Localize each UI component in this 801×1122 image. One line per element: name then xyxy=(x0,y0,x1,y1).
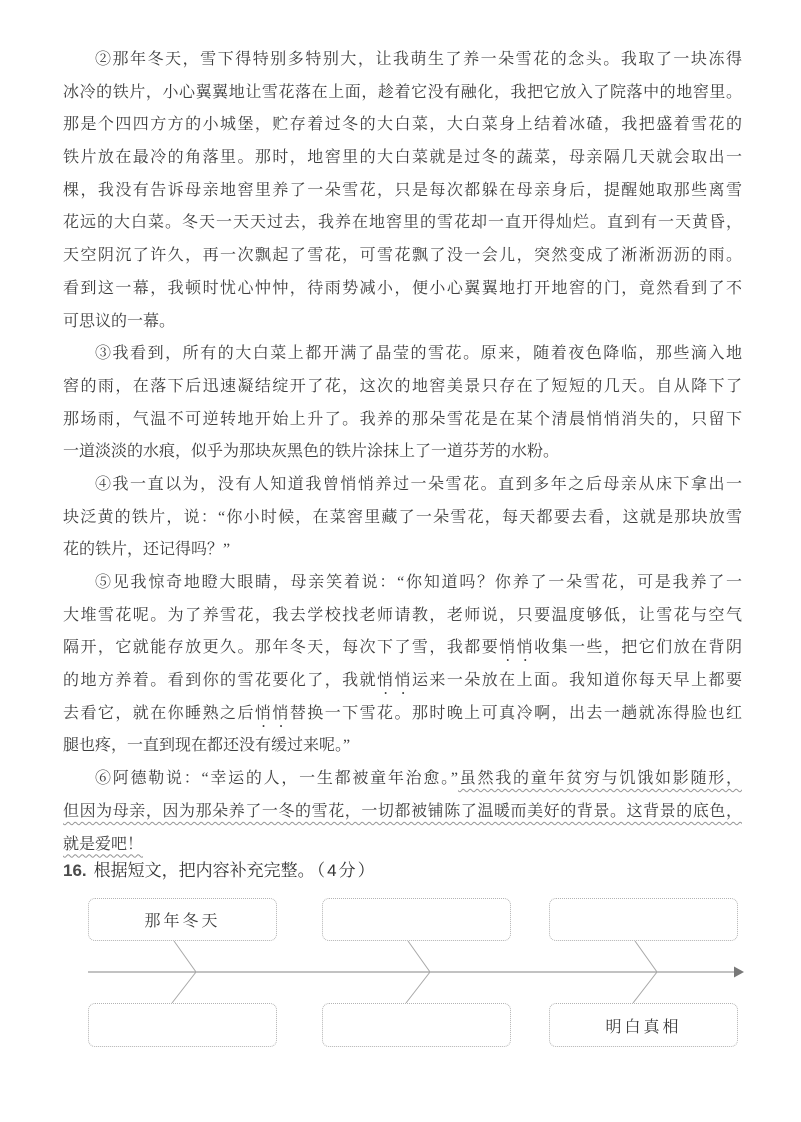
passage-line: 大堆雪花呢。为了养雪花，我去学校找老师请教，老师说，只要温度够低，让雪花与空气 xyxy=(63,600,742,633)
passage-line: ②那年冬天，雪下得特别多特别大，让我萌生了养一朵雪花的念头。我取了一块冻得 xyxy=(63,44,742,77)
passage-text: 去看它，就在你睡熟之后 xyxy=(63,705,255,722)
passage-line: 一道淡淡的水痕，似乎为那块灰黑色的铁片涂抹上了一道芬芳的水粉。 xyxy=(63,436,742,469)
question-text: 根据短文，把内容补充完整。 xyxy=(94,861,315,880)
passage-line: 窖的雨，在落下后迅速凝结绽开了花，这次的地窖美景只存在了短短的几天。自从降下了 xyxy=(63,371,742,404)
passage-text: 看到这一幕，我顿时忧心忡忡，待雨势减小，便小心翼翼地打开地窖的门，竟然看到了不 xyxy=(63,280,742,297)
question-score: （4分） xyxy=(317,861,377,880)
passage-line: 但因为母亲，因为那朵养了一冬的雪花，一切都被铺陈了温暖而美好的背景。这背景的底色… xyxy=(63,796,742,829)
passage-text: 可思议的一幕。 xyxy=(63,313,175,330)
passage-text: 窖的雨，在落下后迅速凝结绽开了花，这次的地窖美景只存在了短短的几天。自从降下了 xyxy=(63,378,742,395)
question-16: 16.根据短文，把内容补充完整。（4分） xyxy=(63,858,742,884)
underlined-text: 就是爱吧！ xyxy=(63,836,143,853)
passage-text: 那场雨，气温不可逆转地开始上升了。我养的那朵雪花是在某个清晨悄悄消失的，只留下 xyxy=(63,411,742,428)
passage-text: 铁片放在最冷的角落里。那时，地窖里的大白菜就是过冬的蔬菜，母亲隔几天就会取出一 xyxy=(63,149,742,166)
passage-line: 的地方养着。看到你的雪花要化了，我就悄悄运来一朵放在上面。我知道你每天早上都要 xyxy=(63,665,742,698)
passage-line: 看到这一幕，我顿时忧心忡忡，待雨势减小，便小心翼翼地打开地窖的门，竟然看到了不 xyxy=(63,273,742,306)
passage-text: 冰冷的铁片，小心翼翼地让雪花落在上面，趁着它没有融化，我把它放入了院落中的地窖里… xyxy=(63,84,742,101)
passage-line: ④我一直以为，没有人知道我曾悄悄养过一朵雪花。直到多年之后母亲从床下拿出一 xyxy=(63,469,742,502)
passage-text: 块泛黄的铁片，说：“你小时候，在菜窖里藏了一朵雪花，每天都要去看，这就是那块放雪 xyxy=(63,509,742,526)
passage-line: 去看它，就在你睡熟之后悄悄替换一下雪花。那时晚上可真冷啊，出去一趟就冻得脸也红 xyxy=(63,698,742,731)
passage-line: 隔开，它就能存放更久。那年冬天，每次下了雪，我都要悄悄收集一些，把它们放在背阴 xyxy=(63,632,742,665)
flow-box-bottom-1 xyxy=(88,1003,277,1047)
worksheet-page: { "colors": { "text": "#3c3c3c", "timeli… xyxy=(0,0,801,1122)
reading-passage: ②那年冬天，雪下得特别多特别大，让我萌生了养一朵雪花的念头。我取了一块冻得冰冷的… xyxy=(63,44,742,861)
passage-text: 的地方养着。看到你的雪花要化了，我就 xyxy=(63,672,377,689)
passage-text: 大堆雪花呢。为了养雪花，我去学校找老师请教，老师说，只要温度够低，让雪花与空气 xyxy=(63,607,742,624)
passage-text: 隔开，它就能存放更久。那年冬天，每次下了雪，我都要 xyxy=(63,639,499,656)
passage-line: 腿也疼，一直到现在都还没有缓过来呢。” xyxy=(63,730,742,763)
flow-box-top-1: 那年冬天 xyxy=(88,898,277,941)
passage-text: 花的铁片，还记得吗？” xyxy=(63,541,230,558)
passage-text: 运来一朵放在上面。我知道你每天早上都要 xyxy=(412,672,742,689)
underlined-text: 虽然我的童年贫穷与饥饿如影随形， xyxy=(458,770,742,787)
passage-line: 棵，我没有告诉母亲地窖里养了一朵雪花，只是每次都躲在母亲身后，提醒她取那些离雪 xyxy=(63,175,742,208)
passage-line: 天空阴沉了许久，再一次飘起了雪花，可雪花飘了没一会儿，突然变成了淅淅沥沥的雨。 xyxy=(63,240,742,273)
passage-line: 花远的大白菜。冬天一天天过去，我养在地窖里的雪花却一直开得灿烂。直到有一天黄昏， xyxy=(63,207,742,240)
passage-text: ④我一直以为，没有人知道我曾悄悄养过一朵雪花。直到多年之后母亲从床下拿出一 xyxy=(95,476,742,493)
passage-line: ③我看到，所有的大白菜上都开满了晶莹的雪花。原来，随着夜色降临，那些滴入地 xyxy=(63,338,742,371)
passage-line: ⑤见我惊奇地瞪大眼睛，母亲笑着说：“你知道吗？你养了一朵雪花，可是我养了一 xyxy=(63,567,742,600)
passage-line: 冰冷的铁片，小心翼翼地让雪花落在上面，趁着它没有融化，我把它放入了院落中的地窖里… xyxy=(63,77,742,110)
emphasized-text: 悄悄 xyxy=(499,639,534,656)
passage-line: 那场雨，气温不可逆转地开始上升了。我养的那朵雪花是在某个清晨悄悄消失的，只留下 xyxy=(63,404,742,437)
passage-text: 天空阴沉了许久，再一次飘起了雪花，可雪花飘了没一会儿，突然变成了淅淅沥沥的雨。 xyxy=(63,247,742,264)
passage-line: 可思议的一幕。 xyxy=(63,306,742,339)
flow-box-bottom-2 xyxy=(322,1003,511,1047)
passage-line: ⑥阿德勒说：“幸运的人，一生都被童年治愈。”虽然我的童年贫穷与饥饿如影随形， xyxy=(63,763,742,796)
passage-line: 花的铁片，还记得吗？” xyxy=(63,534,742,567)
underlined-text: 但因为母亲，因为那朵养了一冬的雪花，一切都被铺陈了温暖而美好的背景。这背景的底色… xyxy=(63,803,742,820)
passage-text: 腿也疼，一直到现在都还没有缓过来呢。” xyxy=(63,737,350,754)
flow-box-label: 明白真相 xyxy=(605,1014,681,1037)
passage-line: 就是爱吧！ xyxy=(63,829,742,862)
passage-text: ⑤见我惊奇地瞪大眼睛，母亲笑着说：“你知道吗？你养了一朵雪花，可是我养了一 xyxy=(95,574,742,591)
flow-box-top-3 xyxy=(549,898,738,941)
passage-line: 铁片放在最冷的角落里。那时，地窖里的大白菜就是过冬的蔬菜，母亲隔几天就会取出一 xyxy=(63,142,742,175)
emphasized-text: 悄悄 xyxy=(255,705,290,722)
passage-text: 棵，我没有告诉母亲地窖里养了一朵雪花，只是每次都躲在母亲身后，提醒她取那些离雪 xyxy=(63,182,742,199)
arrowhead-icon xyxy=(734,967,744,978)
passage-line: 那是个四四方方的小城堡，贮存着过冬的大白菜，大白菜身上结着冰碴，我把盛着雪花的 xyxy=(63,109,742,142)
question-number: 16. xyxy=(63,861,87,880)
flow-box-bottom-3: 明白真相 xyxy=(549,1003,738,1047)
flowchart: 那年冬天 明白真相 xyxy=(0,890,801,1065)
passage-text: 收集一些，把它们放在背阴 xyxy=(534,639,742,656)
flow-box-top-2 xyxy=(322,898,511,941)
passage-text: 那是个四四方方的小城堡，贮存着过冬的大白菜，大白菜身上结着冰碴，我把盛着雪花的 xyxy=(63,116,742,133)
passage-line: 块泛黄的铁片，说：“你小时候，在菜窖里藏了一朵雪花，每天都要去看，这就是那块放雪 xyxy=(63,502,742,535)
passage-text: ②那年冬天，雪下得特别多特别大，让我萌生了养一朵雪花的念头。我取了一块冻得 xyxy=(95,51,742,68)
passage-text: 替换一下雪花。那时晚上可真冷啊，出去一趟就冻得脸也红 xyxy=(290,705,742,722)
passage-text: ③我看到，所有的大白菜上都开满了晶莹的雪花。原来，随着夜色降临，那些滴入地 xyxy=(95,345,742,362)
passage-text: 花远的大白菜。冬天一天天过去，我养在地窖里的雪花却一直开得灿烂。直到有一天黄昏， xyxy=(63,214,742,231)
flow-box-label: 那年冬天 xyxy=(144,908,220,931)
passage-text: 一道淡淡的水痕，似乎为那块灰黑色的铁片涂抹上了一道芬芳的水粉。 xyxy=(63,443,559,460)
emphasized-text: 悄悄 xyxy=(377,672,412,689)
passage-text: ⑥阿德勒说：“幸运的人，一生都被童年治愈。” xyxy=(95,770,458,787)
